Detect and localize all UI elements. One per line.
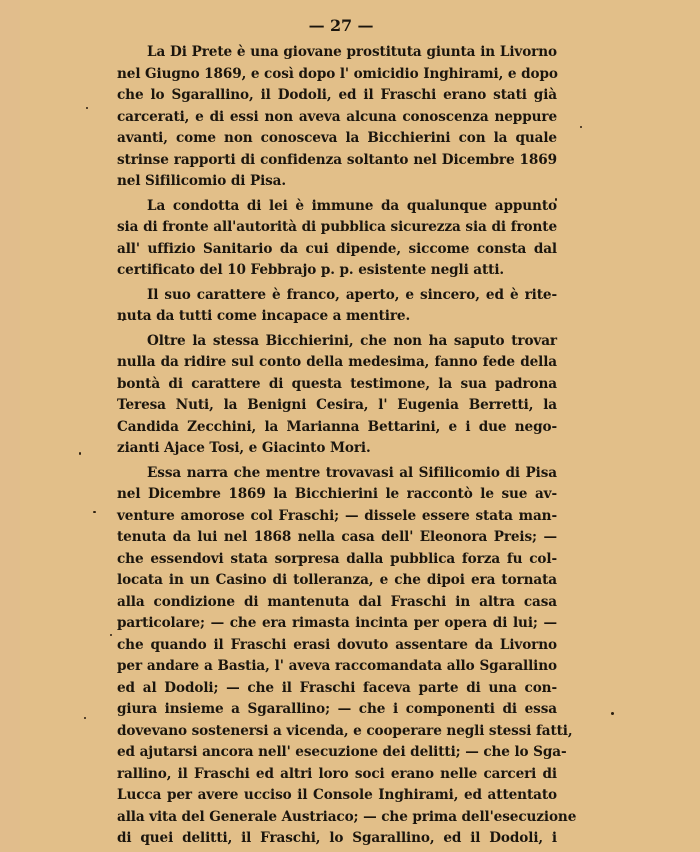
scan-speck (580, 126, 582, 128)
text-line: all' uffizio Sanitario da cui dipende, s… (117, 239, 557, 261)
scan-speck (84, 717, 86, 719)
scan-speck (555, 198, 557, 201)
text-line: tenuta da lui nel 1868 nella casa dell' … (117, 527, 557, 549)
text-line: nuta da tutti come incapace a mentire. (117, 306, 557, 328)
text-line: di quei delitti, il Fraschi, lo Sgaralli… (117, 828, 557, 850)
text-line: Essa narra che mentre trovavasi al Sifil… (117, 463, 557, 485)
text-line: giura insieme a Sgarallino; — che i comp… (117, 699, 557, 721)
paragraph-3: Il suo carattere è franco, aperto, e sin… (117, 285, 557, 328)
text-line: Teresa Nuti, la Benigni Cesira, l' Eugen… (117, 395, 557, 417)
text-line: sia di fronte all'autorità di pubblica s… (117, 217, 557, 239)
paragraph-2: La condotta di lei è immune da qualunque… (117, 196, 557, 282)
text-line: La Di Prete è una giovane prostituta giu… (117, 42, 557, 64)
paragraph-1: La Di Prete è una giovane prostituta giu… (117, 42, 557, 193)
text-line: bontà di carattere di questa testimone, … (117, 374, 557, 396)
text-line: che essendovi stata sorpresa dalla pubbl… (117, 549, 557, 571)
text-line: alla vita del Generale Austriaco; — che … (117, 807, 557, 829)
text-line: La condotta di lei è immune da qualunque… (117, 196, 557, 218)
text-line: nulla da ridire sul conto della medesima… (117, 352, 557, 374)
text-line: nel Sifilicomio di Pisa. (117, 171, 557, 193)
text-line: certificato del 10 Febbrajo p. p. esiste… (117, 260, 557, 282)
paragraph-5: Essa narra che mentre trovavasi al Sifil… (117, 463, 557, 850)
text-line: particolare; — che era rimasta incinta p… (117, 613, 557, 635)
scan-speck (93, 511, 96, 513)
text-line: strinse rapporti di confidenza soltanto … (117, 150, 557, 172)
text-line: che lo Sgarallino, il Dodoli, ed il Fras… (117, 85, 557, 107)
scan-speck (122, 319, 124, 321)
text-line: locata in un Casino di tolleranza, e che… (117, 570, 557, 592)
text-line: che quando il Fraschi erasi dovuto assen… (117, 635, 557, 657)
text-line: dovevano sostenersi a vicenda, e coopera… (117, 721, 557, 743)
scan-speck (86, 107, 88, 109)
text-line: alla condizione di mantenuta dal Fraschi… (117, 592, 557, 614)
text-line: zianti Ajace Tosi, e Giacinto Mori. (117, 438, 557, 460)
text-line: ed al Dodoli; — che il Fraschi faceva pa… (117, 678, 557, 700)
text-line: ed ajutarsi ancora nell' esecuzione dei … (117, 742, 557, 764)
paragraph-4: Oltre la stessa Bicchierini, che non ha … (117, 331, 557, 460)
text-line: venture amorose col Fraschi; — dissele e… (117, 506, 557, 528)
scan-speck (79, 452, 81, 455)
text-line: Il suo carattere è franco, aperto, e sin… (117, 285, 557, 307)
text-line: carcerati, e di essi non aveva alcuna co… (117, 107, 557, 129)
scan-speck (110, 634, 112, 636)
scan-speck (611, 712, 614, 715)
text-line: Oltre la stessa Bicchierini, che non ha … (117, 331, 557, 353)
text-line: avanti, come non conosceva la Bicchierin… (117, 128, 557, 150)
page-number: — 27 — (117, 10, 557, 42)
text-line: nel Giugno 1869, e così dopo l' omicidio… (117, 64, 557, 86)
document-page: — 27 — La Di Prete è una giovane prostit… (117, 10, 557, 850)
text-line: nel Dicembre 1869 la Bicchierini le racc… (117, 484, 557, 506)
text-line: Lucca per avere ucciso il Console Inghir… (117, 785, 557, 807)
scan-edge (0, 0, 20, 852)
text-line: rallino, il Fraschi ed altri loro soci e… (117, 764, 557, 786)
text-line: Candida Zecchini, la Marianna Bettarini,… (117, 417, 557, 439)
text-line: per andare a Bastia, l' aveva raccomanda… (117, 656, 557, 678)
